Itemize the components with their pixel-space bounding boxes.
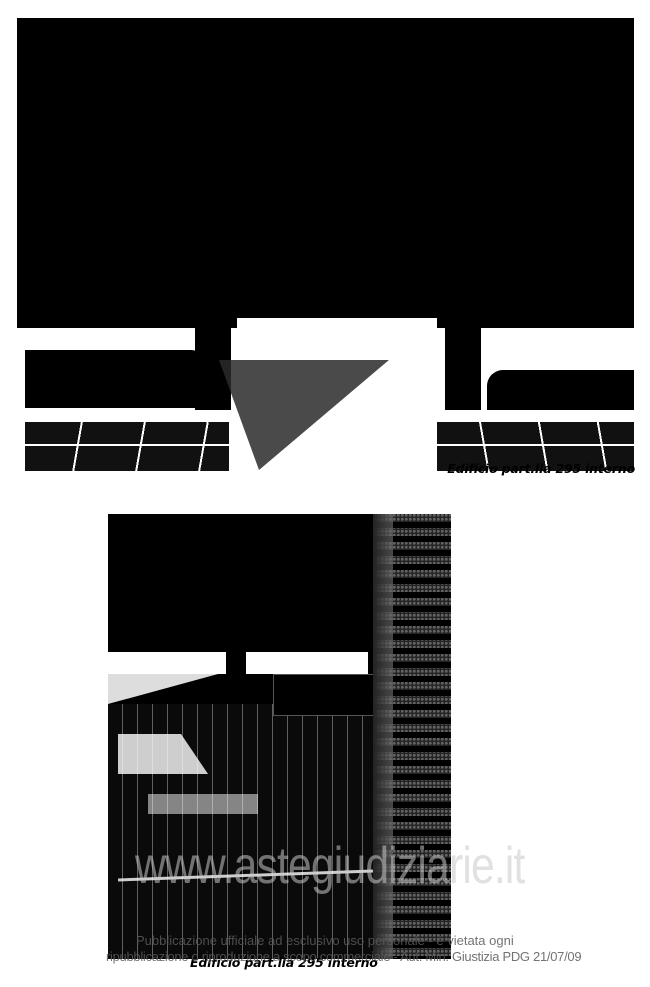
photo-structure-box	[273, 674, 375, 716]
photo-beam-right	[487, 370, 634, 410]
photo-light-band	[237, 318, 437, 358]
photo-beam-left	[25, 350, 205, 408]
photo-roof-slope	[108, 674, 218, 704]
photo-highlight	[148, 794, 258, 814]
photo-ceiling-region	[17, 18, 634, 328]
watermark-notice-line-1: Pubblicazione ufficiale ad esclusivo uso…	[136, 933, 514, 948]
photo-diagonal-shadow	[219, 360, 429, 470]
watermark-url: www.astegiudiziarie.it	[135, 836, 525, 896]
watermark-notice-line-2: ripubblicazione o riproduzione a scopo c…	[106, 949, 581, 964]
photo-column-right	[445, 318, 481, 410]
photo-caption-1: Edificio part.lla 295 interno	[447, 461, 635, 476]
photo-building-interior-1	[17, 18, 634, 471]
photo-window-grid-left	[25, 422, 229, 471]
